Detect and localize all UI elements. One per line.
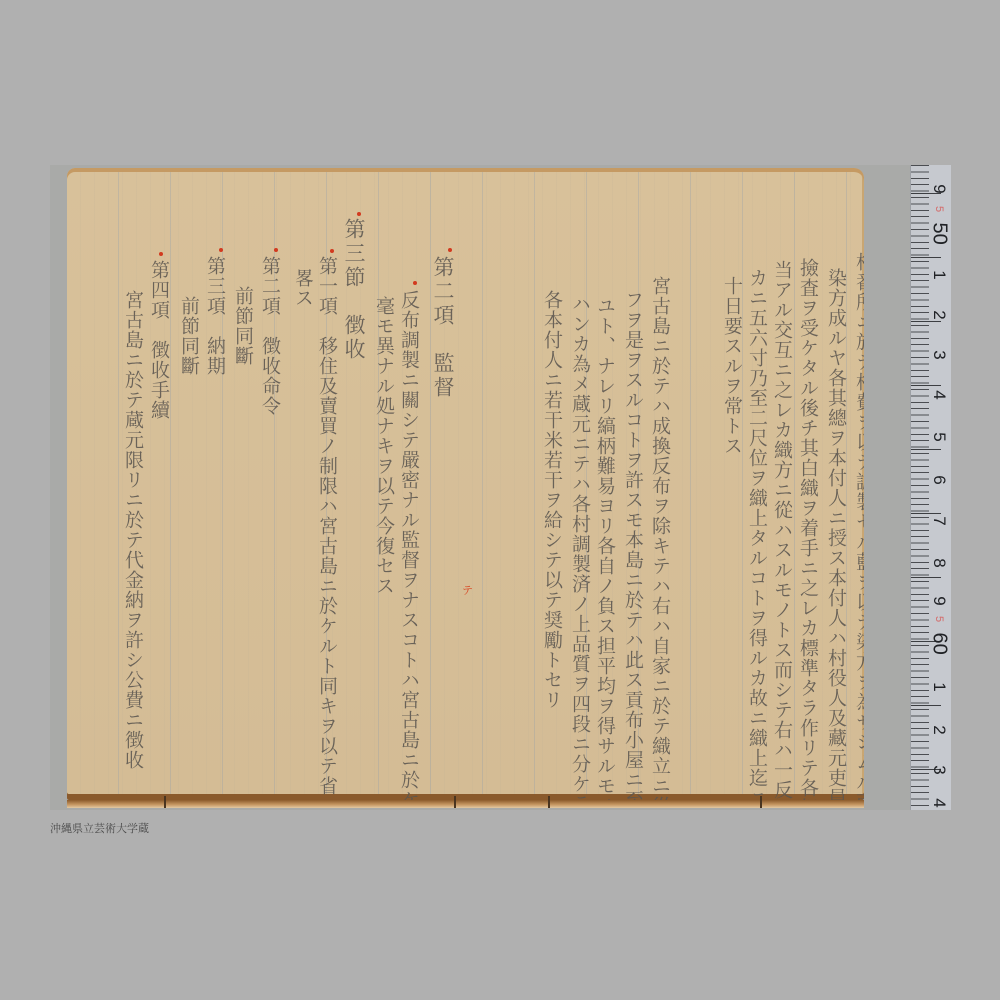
ruler-label: 9 — [929, 179, 949, 199]
ruler-label: 2 — [929, 720, 949, 740]
heading-item-1-restriction: 第一項 移住及賣買ノ制限ハ宮古島ニ於ケルト同キヲ以テ省 — [317, 256, 336, 796]
red-bullet-marker — [448, 248, 452, 252]
text-column-5: カニ五六寸乃至二尺位ヲ織上タルコトヲ得ルカ故ニ織上迄ニ毎反四五 — [747, 268, 766, 800]
heading-item-2-supervision: 第二項 監督 — [432, 256, 453, 400]
ruler-label: 9 — [929, 591, 949, 611]
text-item-4-body: 宮古島ニ於テ蔵元限リニ於テ代金納ヲ許シ公費ニ徴收 — [123, 290, 142, 770]
ruler-tick — [911, 449, 941, 450]
paper-bottom-edge — [67, 800, 864, 808]
red-bullet-marker — [159, 252, 163, 256]
red-correction-mark: テ — [462, 582, 473, 598]
heading-item-3-due-date: 第三項 納期 — [205, 256, 224, 376]
text-supervision-body-2: 毫モ異ナル処ナキヲ以テ今復セス — [374, 296, 393, 596]
ruler-label: 6 — [929, 470, 949, 490]
ruler-label: 3 — [929, 345, 949, 365]
page-notch — [548, 796, 550, 808]
red-bullet-marker — [357, 212, 361, 216]
collection-credit-caption: 沖縄県立芸術大学蔵 — [50, 820, 149, 836]
ruler-label: 4 — [929, 793, 949, 810]
text-column-2: 染方成ルヤ各其總ヲ本付人ニ授ス本付人ハ村役人及藏元吏員ノ — [826, 268, 845, 800]
ruler-tick — [911, 577, 941, 578]
ruler-label: 5 — [929, 427, 949, 447]
page-notch — [760, 796, 762, 808]
heading-item-2-collection-order: 第二項 徴收命令 — [260, 256, 279, 416]
heading-section-3-collection: 第三節 徴收 — [343, 218, 364, 362]
text-column-4: 当アル交互ニ之レカ織方ニ從ハスルモノトス而シテ右ハ一反平均僅 — [772, 260, 791, 800]
text-column-6: 十日要スルヲ常トス — [722, 276, 741, 456]
red-bullet-marker — [413, 281, 417, 285]
ruler-label: 50 — [928, 223, 951, 243]
measuring-ruler: 9 5 50 1 2 3 4 5 6 7 8 9 5 60 1 2 3 4 — [910, 165, 951, 810]
text-column-9: ユト、ナレリ縞柄難易ヨリ各自ノ負ス担平均ヲ得サルモノアルヲ救 — [595, 296, 614, 800]
ruler-label: 7 — [929, 511, 949, 531]
text-item-2-body: 前節同斷 — [233, 286, 252, 366]
text-column-7: 宮古島ニ於テハ成換反布ヲ除キテハ右ハ自家ニ於テ織立ニ從 — [650, 276, 669, 800]
heading-item-4-procedure: 第四項 徴收手續 — [149, 260, 168, 420]
ruler-label: 1 — [929, 677, 949, 697]
text-column-8: フヲ是ヲスルコトヲ許スモ本島ニ於テハ此ス貢布小屋ニ至リテ織立セシム — [623, 290, 642, 800]
ruler-label-half: 5 — [933, 609, 945, 629]
ruler-tick — [911, 705, 941, 706]
text-supervision-body: 反布調製ニ關シテ嚴密ナル監督ヲナスコトハ宮古島ニ於ケルト — [399, 290, 418, 800]
red-bullet-marker — [219, 248, 223, 252]
ruler-label: 3 — [929, 760, 949, 780]
manuscript-page: 村番所ニ於テ村費ヲ以テ調製セル藍ヲ以テ染方ヲ為サシムル而シテ 染方成ルヤ各其總ヲ… — [67, 168, 864, 800]
ruler-tick — [911, 257, 941, 258]
ruler-label: 8 — [929, 553, 949, 573]
red-bullet-marker — [330, 249, 334, 253]
text-item-3-body: 前節同斷 — [179, 296, 198, 376]
text-column-11: 各本付人ニ若干米若干ヲ給シテ以テ奨勵トセリ — [542, 290, 561, 710]
ruler-label: 60 — [928, 633, 951, 653]
ruler-ticks — [911, 165, 929, 810]
red-bullet-marker — [274, 248, 278, 252]
ruler-label: 4 — [929, 385, 949, 405]
text-column-3: 撿査ヲ受ケタル後チ其白織ヲ着手ニ之レカ標準タラ作リテ各担 — [798, 258, 817, 800]
page-notch — [164, 796, 166, 808]
ruler-label-half: 5 — [933, 199, 945, 219]
text-item-1-note: 畧ス — [293, 268, 312, 308]
text-column-1: 村番所ニ於テ村費ヲ以テ調製セル藍ヲ以テ染方ヲ為サシムル而シテ — [854, 252, 864, 800]
text-column-10: ハンカ為メ蔵元ニテハ各村調製済ノ上品質ヲ四段ニ分ケテ毎段ノ — [570, 294, 589, 800]
ruler-label: 2 — [929, 305, 949, 325]
ruler-label: 1 — [929, 265, 949, 285]
page-notch — [454, 796, 456, 808]
